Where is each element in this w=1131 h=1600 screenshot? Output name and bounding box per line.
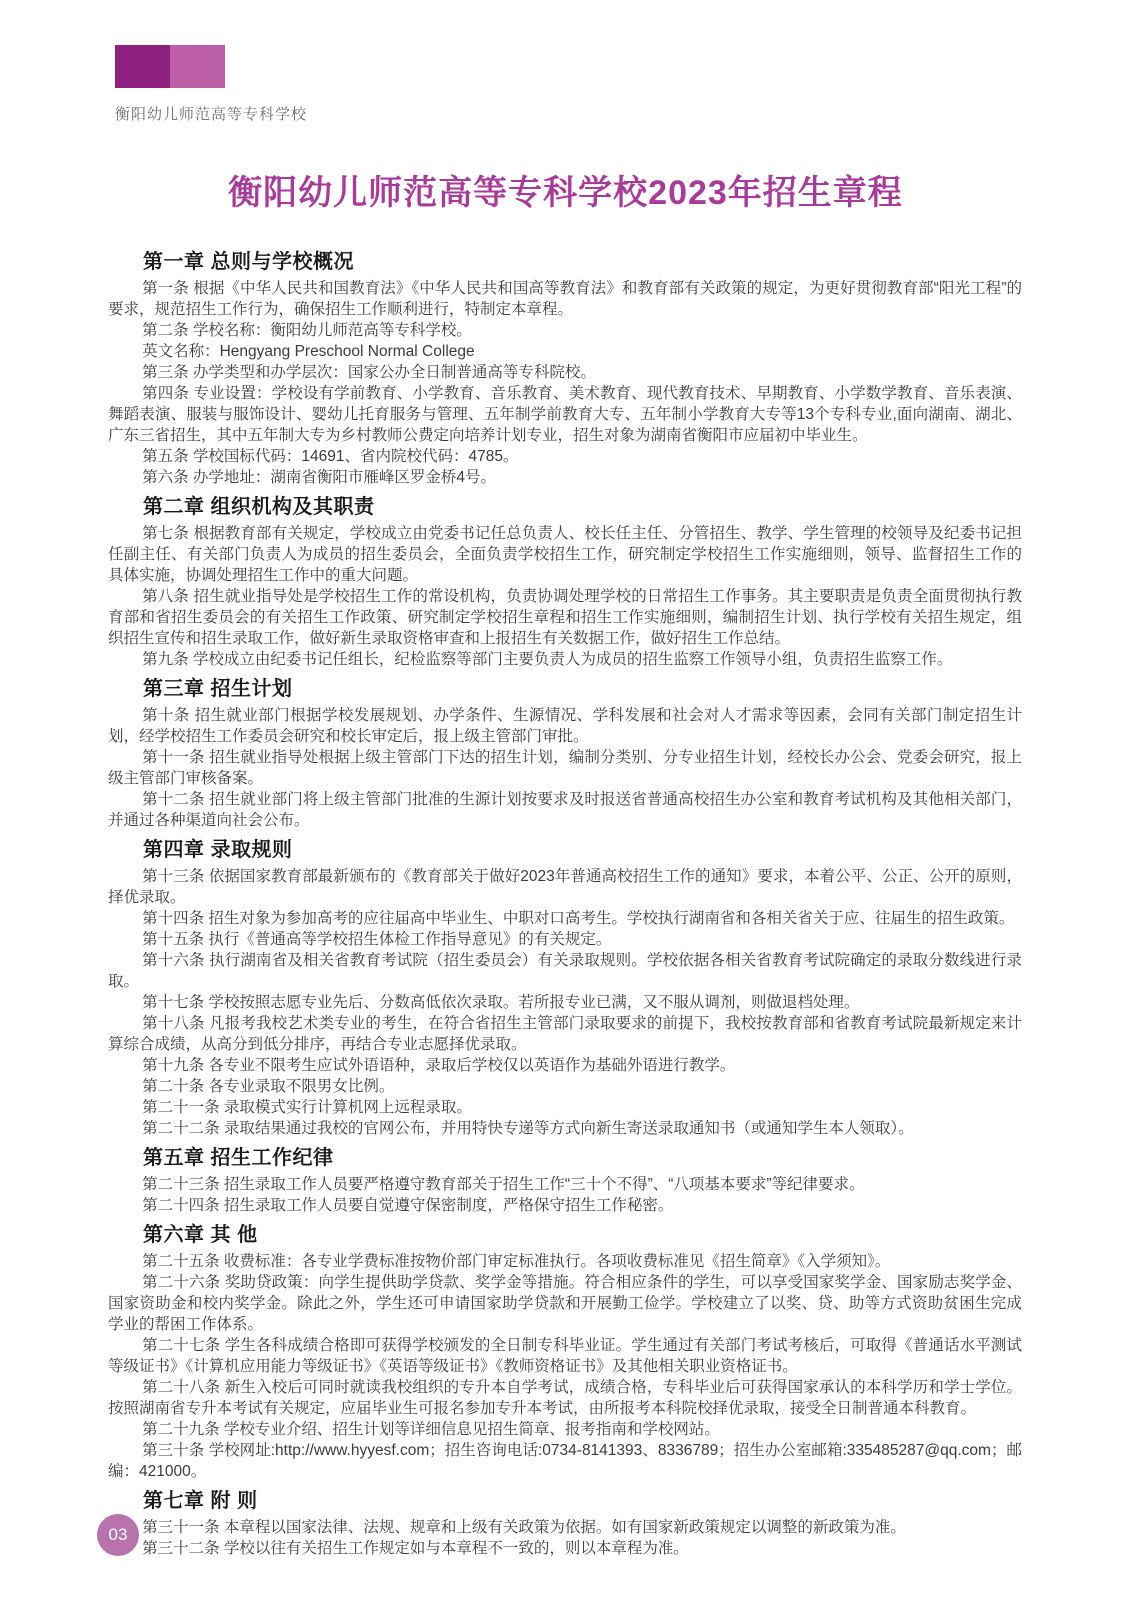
article-24: 第二十四条 招生录取工作人员要自觉遵守保密制度，严格保守招生工作秘密。 (108, 1195, 1022, 1216)
article-26: 第二十六条 奖助贷政策：向学生提供助学贷款、奖学金等措施。符合相应条件的学生，可… (108, 1272, 1022, 1335)
article-31: 第三十一条 本章程以国家法律、法规、规章和上级有关政策为依据。如有国家新政策规定… (108, 1517, 1022, 1538)
page-number: 03 (109, 1525, 128, 1545)
article-16: 第十六条 执行湖南省及相关省教育考试院（招生委员会）有关录取规则。学校依据各相关… (108, 950, 1022, 992)
chapter-1-heading: 第一章 总则与学校概况 (108, 250, 1022, 274)
header-school-name: 衡阳幼儿师范高等专科学校 (115, 103, 1131, 124)
chapter-4-heading: 第四章 录取规则 (108, 838, 1022, 862)
article-1: 第一条 根据《中华人民共和国教育法》《中华人民共和国高等教育法》和教育部有关政策… (108, 278, 1022, 320)
article-15: 第十五条 执行《普通高等学校招生体检工作指导意见》的有关规定。 (108, 929, 1022, 950)
article-2: 第二条 学校名称：衡阳幼儿师范高等专科学校。 (108, 320, 1022, 341)
article-22: 第二十二条 录取结果通过我校的官网公布，并用特快专递等方式向新生寄送录取通知书（… (108, 1118, 1022, 1139)
article-21: 第二十一条 录取模式实行计算机网上远程录取。 (108, 1097, 1022, 1118)
article-20: 第二十条 各专业录取不限男女比例。 (108, 1076, 1022, 1097)
page-number-badge: 03 (97, 1514, 139, 1556)
chapter-3-heading: 第三章 招生计划 (108, 677, 1022, 701)
chapter-2-heading: 第二章 组织机构及其职责 (108, 495, 1022, 519)
article-18: 第十八条 凡报考我校艺术类专业的考生，在符合省招生主管部门录取要求的前提下，我校… (108, 1013, 1022, 1055)
article-14: 第十四条 招生对象为参加高考的应往届高中毕业生、中职对口高考生。学校执行湖南省和… (108, 908, 1022, 929)
article-32: 第三十二条 学校以往有关招生工作规定如与本章程不一致的，则以本章程为准。 (108, 1538, 1022, 1559)
article-4: 第四条 专业设置：学校设有学前教育、小学教育、音乐教育、美术教育、现代教育技术、… (108, 383, 1022, 446)
article-30-contact: 第三十条 学校网址:http://www.hyyesf.com；招生咨询电话:0… (108, 1440, 1022, 1482)
article-25: 第二十五条 收费标准：各专业学费标准按物价部门审定标准执行。各项收费标准见《招生… (108, 1251, 1022, 1272)
article-23: 第二十三条 招生录取工作人员要严格遵守教育部关于招生工作“三十个不得”、“八项基… (108, 1174, 1022, 1195)
chapter-5-heading: 第五章 招生工作纪律 (108, 1146, 1022, 1170)
article-17: 第十七条 学校按照志愿专业先后、分数高低依次录取。若所报专业已满，又不服从调剂，… (108, 992, 1022, 1013)
school-logo (115, 45, 1131, 88)
chapter-7-heading: 第七章 附 则 (108, 1489, 1022, 1513)
article-9: 第九条 学校成立由纪委书记任组长，纪检监察等部门主要负责人为成员的招生监察工作领… (108, 649, 1022, 670)
logo-square-dark-icon (115, 45, 170, 88)
article-8: 第八条 招生就业指导处是学校招生工作的常设机构，负责协调处理学校的日常招生工作事… (108, 586, 1022, 649)
article-2-english-name: 英文名称：Hengyang Preschool Normal College (108, 341, 1022, 362)
article-7: 第七条 根据教育部有关规定，学校成立由党委书记任总负责人、校长任主任、分管招生、… (108, 523, 1022, 586)
page-header: 衡阳幼儿师范高等专科学校 (115, 0, 1131, 124)
article-28: 第二十八条 新生入校后可同时就读我校组织的专升本自学考试，成绩合格，专科毕业后可… (108, 1377, 1022, 1419)
document-page: 衡阳幼儿师范高等专科学校 衡阳幼儿师范高等专科学校2023年招生章程 第一章 总… (0, 0, 1131, 1600)
article-29: 第二十九条 学校专业介绍、招生计划等详细信息见招生简章、报考指南和学校网站。 (108, 1419, 1022, 1440)
article-3: 第三条 办学类型和办学层次：国家公办全日制普通高等专科院校。 (108, 362, 1022, 383)
article-13: 第十三条 依据国家教育部最新颁布的《教育部关于做好2023年普通高校招生工作的通… (108, 866, 1022, 908)
article-10: 第十条 招生就业部门根据学校发展规划、办学条件、生源情况、学科发展和社会对人才需… (108, 705, 1022, 747)
article-5: 第五条 学校国标代码：14691、省内院校代码：4785。 (108, 446, 1022, 467)
article-12: 第十二条 招生就业部门将上级主管部门批准的生源计划按要求及时报送省普通高校招生办… (108, 789, 1022, 831)
document-body: 第一章 总则与学校概况 第一条 根据《中华人民共和国教育法》《中华人民共和国高等… (108, 250, 1022, 1559)
article-19: 第十九条 各专业不限考生应试外语语种，录取后学校仅以英语作为基础外语进行教学。 (108, 1055, 1022, 1076)
article-6: 第六条 办学地址：湖南省衡阳市雁峰区罗金桥4号。 (108, 467, 1022, 488)
article-27: 第二十七条 学生各科成绩合格即可获得学校颁发的全日制专科毕业证。学生通过有关部门… (108, 1335, 1022, 1377)
logo-square-light-icon (170, 45, 225, 88)
chapter-6-heading: 第六章 其 他 (108, 1223, 1022, 1247)
document-title: 衡阳幼儿师范高等专科学校2023年招生章程 (0, 174, 1131, 212)
article-11: 第十一条 招生就业指导处根据上级主管部门下达的招生计划，编制分类别、分专业招生计… (108, 747, 1022, 789)
